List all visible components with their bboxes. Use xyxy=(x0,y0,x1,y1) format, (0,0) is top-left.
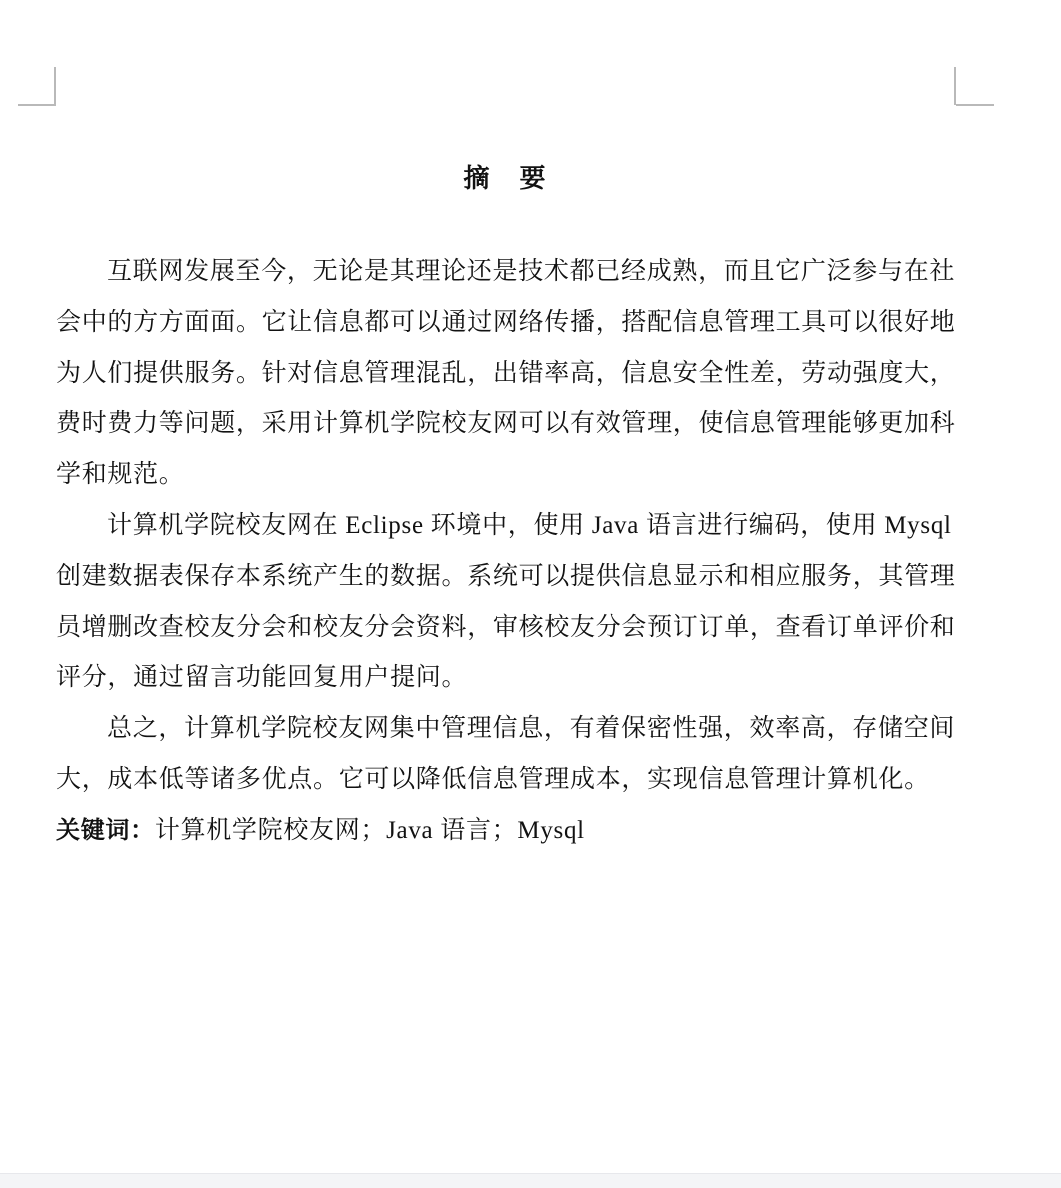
crop-mark-top-left-vertical xyxy=(54,67,56,105)
keywords-label: 关键词： xyxy=(56,817,155,844)
crop-mark-top-right-horizontal xyxy=(956,104,994,106)
paragraph: 计算机学院校友网在 Eclipse 环境中，使用 Java 语言进行编码，使用 … xyxy=(56,501,957,704)
paragraph: 互联网发展至今，无论是其理论还是技术都已经成熟，而且它广泛参与在社 会中的方方面… xyxy=(56,247,957,501)
paragraph-line: 员增删改查校友分会和校友分会资料，审核校友分会预订订单，查看订单评价和 xyxy=(56,603,957,654)
paragraph-line: 大，成本低等诸多优点。它可以降低信息管理成本，实现信息管理计算机化。 xyxy=(56,755,957,806)
paragraph-line: 学和规范。 xyxy=(56,450,957,501)
paragraph-line: 评分，通过留言功能回复用户提问。 xyxy=(56,653,957,704)
keywords-line: 关键词：计算机学院校友网；Java 语言；Mysql xyxy=(56,806,957,857)
paragraph-line: 费时费力等问题，采用计算机学院校友网可以有效管理，使信息管理能够更加科 xyxy=(56,399,957,450)
paragraph-line: 互联网发展至今，无论是其理论还是技术都已经成熟，而且它广泛参与在社 xyxy=(56,247,957,298)
paragraph-line: 为人们提供服务。针对信息管理混乱，出错率高，信息安全性差，劳动强度大， xyxy=(56,349,957,400)
paragraph-line: 创建数据表保存本系统产生的数据。系统可以提供信息显示和相应服务，其管理 xyxy=(56,552,957,603)
paragraph-line: 计算机学院校友网在 Eclipse 环境中，使用 Java 语言进行编码，使用 … xyxy=(56,501,957,552)
paragraph-line: 会中的方方面面。它让信息都可以通过网络传播，搭配信息管理工具可以很好地 xyxy=(56,298,957,349)
paragraph: 总之，计算机学院校友网集中管理信息，有着保密性强，效率高，存储空间 大，成本低等… xyxy=(56,704,957,806)
abstract-body: 互联网发展至今，无论是其理论还是技术都已经成熟，而且它广泛参与在社 会中的方方面… xyxy=(56,247,957,857)
paragraph-line: 总之，计算机学院校友网集中管理信息，有着保密性强，效率高，存储空间 xyxy=(56,704,957,755)
bottom-bar xyxy=(0,1173,1061,1188)
keywords-value: 计算机学院校友网；Java 语言；Mysql xyxy=(155,817,585,844)
crop-mark-top-right-vertical xyxy=(954,67,956,105)
page-title: 摘 要 xyxy=(55,158,956,200)
document-page: 摘 要 互联网发展至今，无论是其理论还是技术都已经成熟，而且它广泛参与在社 会中… xyxy=(0,0,1061,1188)
crop-mark-top-left-horizontal xyxy=(18,104,56,106)
